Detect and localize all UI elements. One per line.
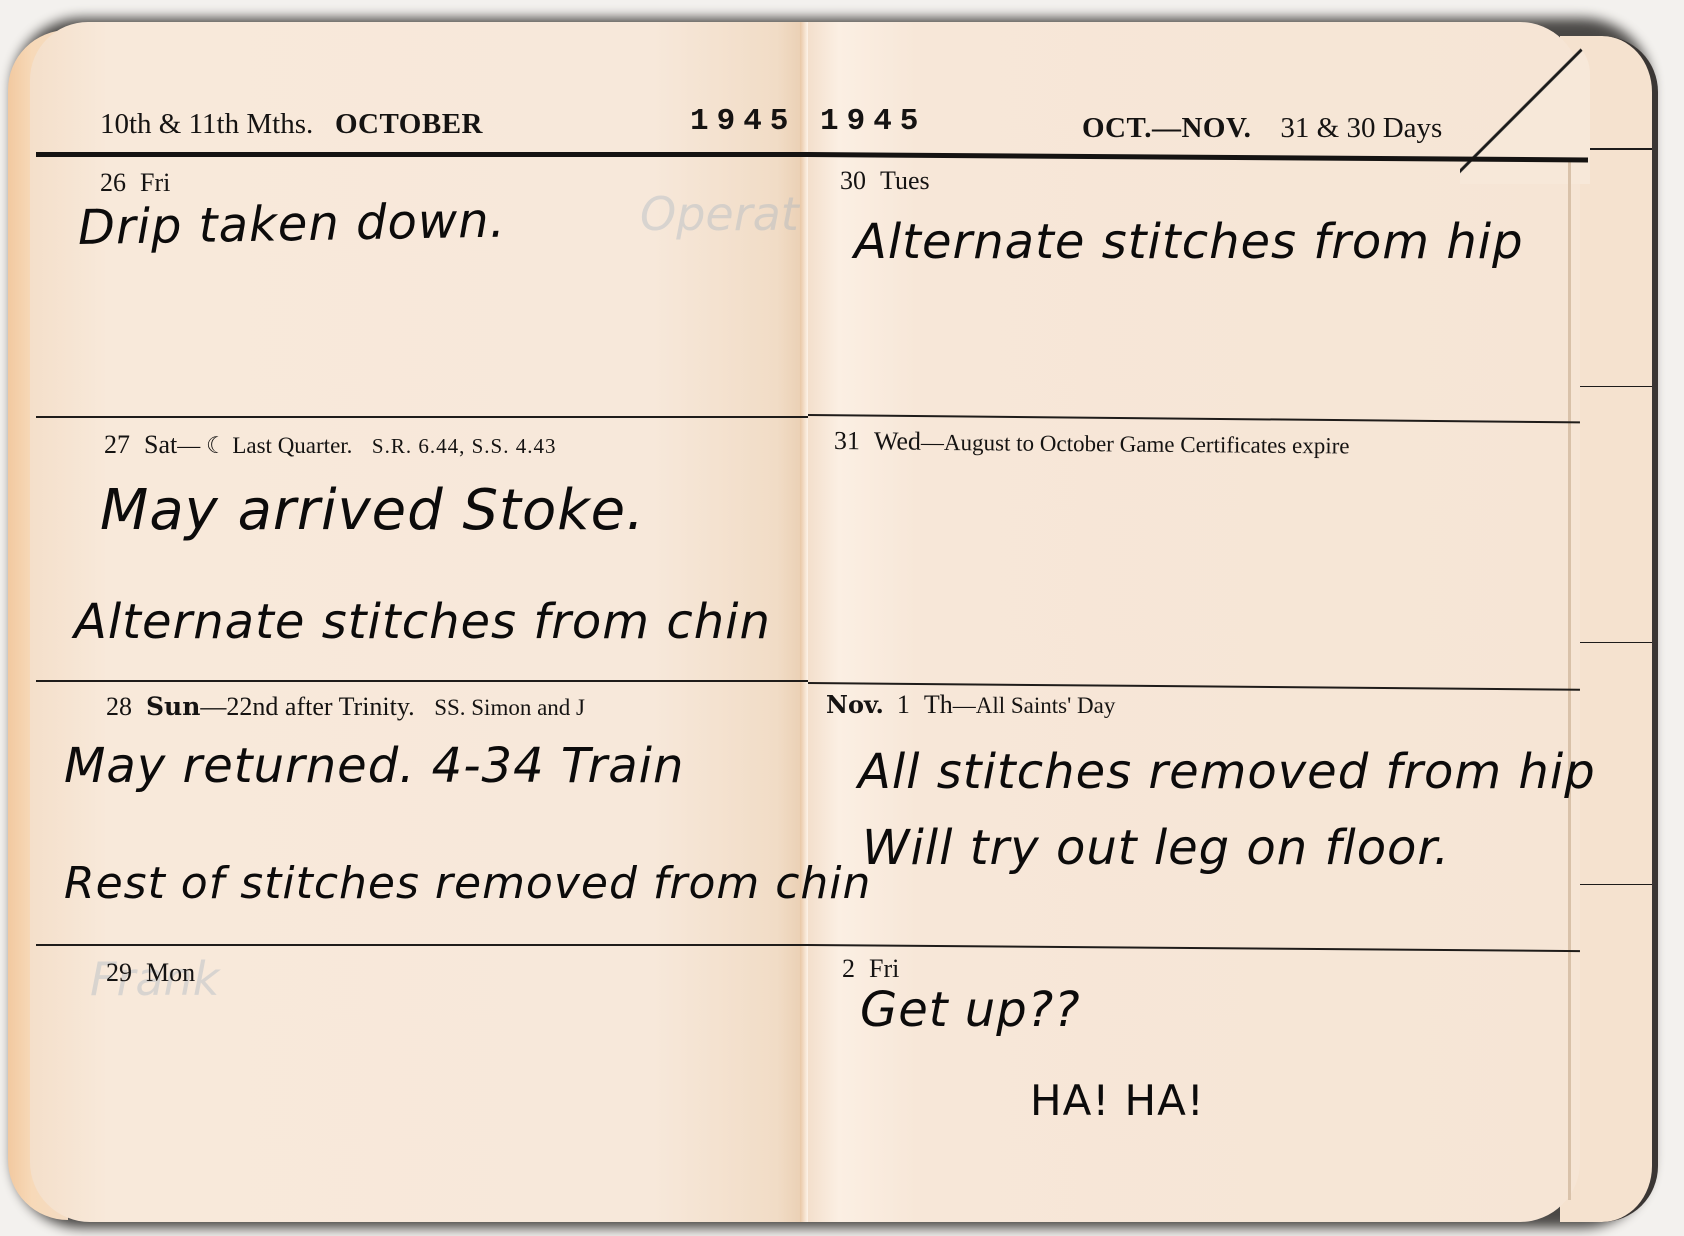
right-page-oct-nov bbox=[808, 22, 1580, 1222]
sunrise-sunset: S.R. 6.44, S.S. 4.43 bbox=[372, 434, 557, 458]
day-number: 27 bbox=[104, 430, 130, 459]
day-number: 29 bbox=[106, 958, 132, 987]
handwritten-entry: May returned. 4-34 Train bbox=[64, 738, 684, 794]
handwritten-entry: Will try out leg on floor. bbox=[862, 820, 1450, 876]
day-number: 31 bbox=[834, 426, 860, 455]
day-number: 30 bbox=[840, 166, 866, 195]
day-number: 2 bbox=[842, 954, 855, 983]
day-weekday: Wed bbox=[874, 426, 921, 455]
handwritten-entry: Alternate stitches from chin bbox=[74, 594, 771, 650]
left-header-year: 1945 bbox=[690, 104, 796, 139]
header-rule-left bbox=[36, 152, 808, 157]
handwritten-entry: All stitches removed from hip bbox=[858, 744, 1596, 800]
day-number: 28 bbox=[106, 692, 132, 721]
day-weekday: Th bbox=[924, 690, 953, 719]
day-weekday: Fri bbox=[869, 954, 899, 983]
liturgical-note: —22nd after Trinity. bbox=[200, 692, 414, 721]
day-weekday: Sun bbox=[146, 692, 200, 721]
day-weekday: Sat bbox=[144, 430, 177, 459]
left-header: 10th & 11th Mths. OCTOBER bbox=[100, 108, 483, 141]
day-heading-29: 29Mon bbox=[106, 958, 195, 988]
day-number: 1 bbox=[897, 690, 910, 719]
header-days: 31 & 30 Days bbox=[1280, 112, 1442, 144]
handwritten-entry: Drip taken down. bbox=[78, 193, 507, 256]
handwritten-entry: Alternate stitches from hip bbox=[854, 214, 1524, 270]
day-heading-nov-1: Nov. 1Th—All Saints' Day bbox=[826, 690, 1115, 720]
day-weekday: Tues bbox=[880, 166, 930, 195]
header-month-name: OCT.—NOV. bbox=[1082, 112, 1251, 144]
day-heading-31: 31Wed—August to October Game Certificate… bbox=[834, 426, 1350, 460]
month-prefix: Nov. bbox=[826, 690, 884, 719]
game-certificates-note: —August to October Game Certificates exp… bbox=[921, 430, 1350, 459]
right-header-year: 1945 bbox=[820, 104, 926, 139]
day-heading-30: 30Tues bbox=[840, 166, 930, 196]
day-heading-27: 27Sat— ☾ Last Quarter. S.R. 6.44, S.S. 4… bbox=[104, 430, 556, 460]
day-number: 26 bbox=[100, 168, 126, 197]
handwritten-entry: Rest of stitches removed from chin bbox=[64, 858, 871, 909]
page-fold-seam bbox=[1568, 160, 1571, 1200]
handwritten-entry: HA! HA! bbox=[1030, 1076, 1205, 1125]
handwritten-entry: May arrived Stoke. bbox=[100, 478, 645, 543]
day-heading-28: 28Sun—22nd after Trinity. SS. Simon and … bbox=[106, 692, 585, 722]
moon-phase-note: — ☾ Last Quarter. bbox=[177, 433, 352, 458]
right-header: OCT.—NOV. 31 & 30 Days bbox=[1082, 112, 1442, 145]
header-month-name: OCTOBER bbox=[335, 108, 483, 140]
header-months: 10th & 11th Mths. bbox=[100, 108, 313, 140]
saint-day-note: SS. Simon and J bbox=[434, 695, 585, 720]
day-weekday: Fri bbox=[140, 168, 170, 197]
day-heading-nov-2: 2Fri bbox=[842, 954, 899, 984]
day-weekday: Mon bbox=[146, 958, 195, 987]
handwritten-entry: Get up?? bbox=[860, 982, 1081, 1038]
all-saints-note: —All Saints' Day bbox=[953, 693, 1116, 718]
day-divider bbox=[36, 680, 808, 682]
day-divider bbox=[36, 944, 808, 946]
day-heading-26: 26Fri bbox=[100, 168, 170, 198]
day-divider bbox=[36, 416, 808, 418]
